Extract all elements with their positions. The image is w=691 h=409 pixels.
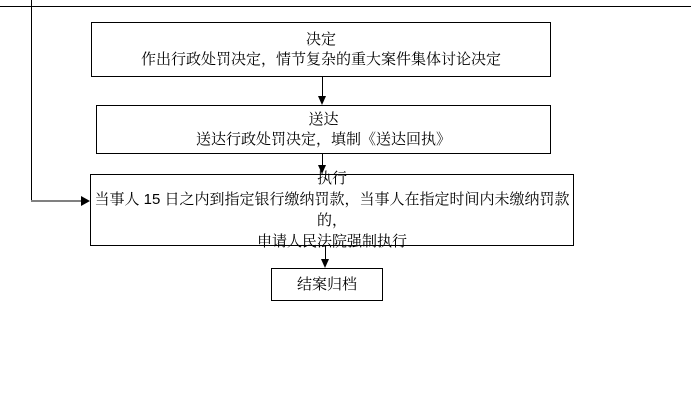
arrowhead-down-icon <box>321 259 329 268</box>
node-close: 结案归档 <box>271 268 383 301</box>
arrowhead-down-icon <box>318 96 326 105</box>
node-decision-text: 作出行政处罚决定，情节复杂的重大案件集体讨论决定 <box>92 50 550 70</box>
node-send-title: 送达 <box>97 110 550 130</box>
node-close-title: 结案归档 <box>272 275 382 295</box>
node-execute-title: 执行 <box>91 168 573 189</box>
connector-decision-to-send <box>322 77 323 97</box>
node-execute-text-1: 当事人 15 日之内到指定银行缴纳罚款，当事人在指定时间内未缴纳罚款的， <box>91 189 573 231</box>
flowchart-canvas: 决定 作出行政处罚决定，情节复杂的重大案件集体讨论决定 送达 送达行政处罚决定，… <box>0 0 691 409</box>
node-send-text: 送达行政处罚决定，填制《送达回执》 <box>97 130 550 150</box>
node-execute-text-2: 申请人民法院强制执行 <box>91 231 573 252</box>
elbow-connector-vertical <box>31 0 32 202</box>
node-send: 送达 送达行政处罚决定，填制《送达回执》 <box>96 105 551 154</box>
top-border-rule <box>0 6 691 7</box>
elbow-connector-horizontal <box>31 200 82 202</box>
node-execute: 执行 当事人 15 日之内到指定银行缴纳罚款，当事人在指定时间内未缴纳罚款的， … <box>90 174 574 246</box>
node-decision: 决定 作出行政处罚决定，情节复杂的重大案件集体讨论决定 <box>91 22 551 77</box>
connector-execute-to-close <box>325 246 326 260</box>
node-decision-title: 决定 <box>92 30 550 50</box>
arrowhead-right-icon <box>81 196 90 206</box>
